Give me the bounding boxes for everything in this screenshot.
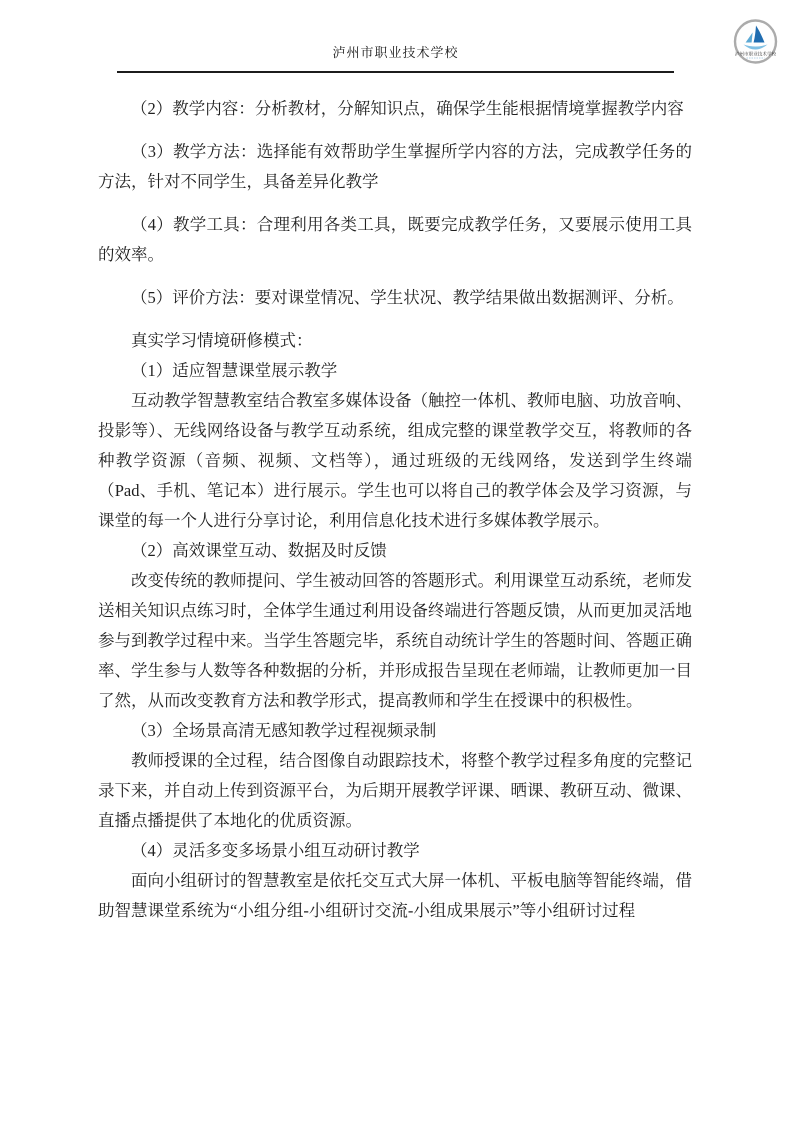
item-video-recording: （3）全场景高清无感知教学过程视频录制 <box>98 716 692 746</box>
item-group-discussion-teaching: （4）灵活多变多场景小组互动研讨教学 <box>98 836 692 866</box>
school-logo: 泸州市职业技术学校 <box>733 19 778 65</box>
page-header: 泸州市职业技术学校 <box>117 44 674 73</box>
paragraph-evaluation-method: （5）评价方法：要对课堂情况、学生状况、教学结果做出数据测评、分析。 <box>98 283 692 313</box>
section-heading-research-mode: 真实学习情境研修模式： <box>98 326 692 356</box>
paragraph-video-recording-detail: 教师授课的全过程，结合图像自动跟踪技术，将整个教学过程多角度的完整记录下来，并自… <box>98 746 692 836</box>
sailboat-emblem-icon: 泸州市职业技术学校 <box>733 19 778 65</box>
paragraph-smart-classroom-detail: 互动教学智慧教室结合教室多媒体设备（触控一体机、教师电脑、功放音响、投影等）、无… <box>98 386 692 536</box>
paragraph-interaction-detail: 改变传统的教师提问、学生被动回答的答题形式。利用课堂互动系统，老师发送相关知识点… <box>98 566 692 716</box>
school-name-title: 泸州市职业技术学校 <box>117 44 674 61</box>
item-smart-classroom-display: （1）适应智慧课堂展示教学 <box>98 356 692 386</box>
item-classroom-interaction-feedback: （2）高效课堂互动、数据及时反馈 <box>98 536 692 566</box>
paragraph-teaching-tools: （4）教学工具：合理利用各类工具，既要完成教学任务，又要展示使用工具的效率。 <box>98 210 692 270</box>
paragraph-teaching-method: （3）教学方法：选择能有效帮助学生掌握所学内容的方法，完成教学任务的方法，针对不… <box>98 137 692 197</box>
document-page: 泸州市职业技术学校 泸州市职业技术学校 （2）教学内容：分析教材，分解知识点，确… <box>0 0 793 1122</box>
paragraph-group-discussion-detail: 面向小组研讨的智慧教室是依托交互式大屏一体机、平板电脑等智能终端，借助智慧课堂系… <box>98 866 692 926</box>
paragraph-teaching-content: （2）教学内容：分析教材，分解知识点，确保学生能根据情境掌握教学内容 <box>98 94 692 124</box>
document-body: （2）教学内容：分析教材，分解知识点，确保学生能根据情境掌握教学内容 （3）教学… <box>98 94 692 926</box>
emblem-calligraphy-caption: 泸州市职业技术学校 <box>735 51 777 58</box>
